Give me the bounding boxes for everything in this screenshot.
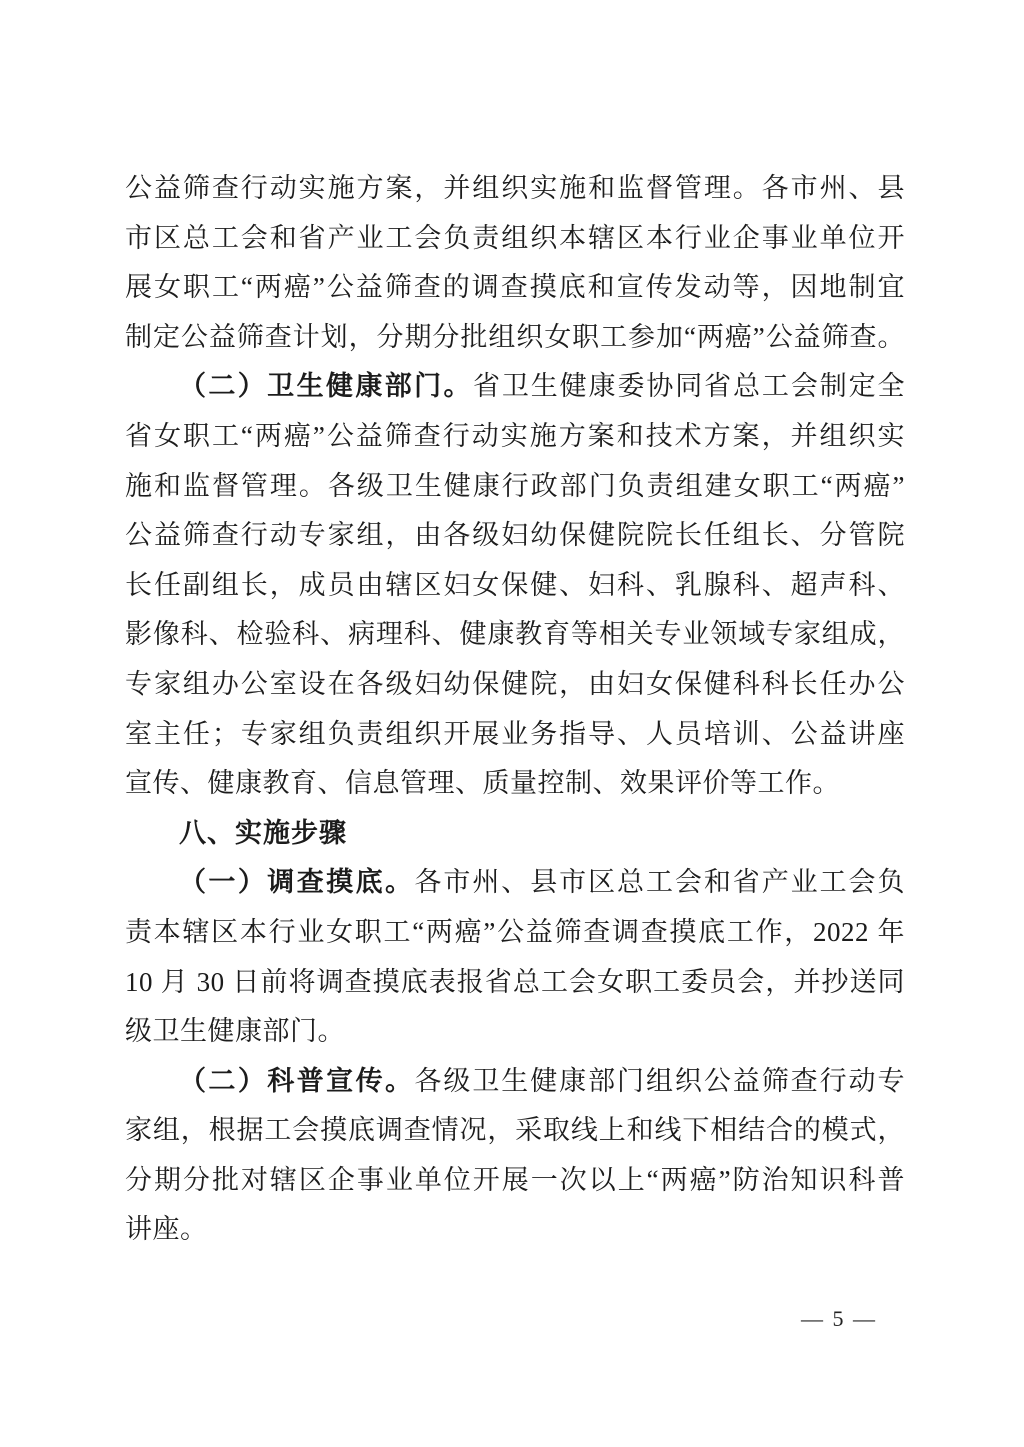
text-line: （一）调查摸底。各市州、县市区总工会和省产业工会负: [125, 858, 905, 908]
body-text: 省女职工“两癌”公益筛查行动实施方案和技术方案，并组织实: [125, 421, 905, 451]
heading-text: 八、实施步骤: [179, 818, 347, 848]
body-text: 级卫生健康部门。: [125, 1016, 345, 1046]
text-line: 级卫生健康部门。: [125, 1007, 905, 1057]
body-text: 省卫生健康委协同省总工会制定全: [473, 371, 905, 401]
document-body: 公益筛查行动实施方案，并组织实施和监督管理。各市州、县市区总工会和省产业工会负责…: [125, 164, 905, 1255]
text-line: 专家组办公室设在各级妇幼保健院，由妇女保健科科长任办公: [125, 660, 905, 710]
heading-text: （二）卫生健康部门。: [179, 371, 473, 401]
body-text: 影像科、检验科、病理科、健康教育等相关专业领域专家组成，: [125, 619, 905, 649]
body-text: 施和监督管理。各级卫生健康行政部门负责组建女职工“两癌”: [125, 471, 905, 501]
body-text: 室主任；专家组负责组织开展业务指导、人员培训、公益讲座: [125, 719, 905, 749]
body-text: 各市州、县市区总工会和省产业工会负: [415, 867, 906, 897]
body-text: 制定公益筛查计划，分期分批组织女职工参加“两癌”公益筛查。: [125, 322, 905, 352]
text-line: 八、实施步骤: [125, 809, 905, 859]
text-line: 10 月 30 日前将调查摸底表报省总工会女职工委员会，并抄送同: [125, 958, 905, 1008]
body-text: 公益筛查行动实施方案，并组织实施和监督管理。各市州、县: [125, 173, 905, 203]
text-line: 责本辖区本行业女职工“两癌”公益筛查调查摸底工作，2022 年: [125, 908, 905, 958]
body-text: 责本辖区本行业女职工“两癌”公益筛查调查摸底工作，2022 年: [125, 917, 905, 947]
text-line: 分期分批对辖区企事业单位开展一次以上“两癌”防治知识科普: [125, 1156, 905, 1206]
text-line: 公益筛查行动实施方案，并组织实施和监督管理。各市州、县: [125, 164, 905, 214]
text-line: （二）科普宣传。各级卫生健康部门组织公益筛查行动专: [125, 1057, 905, 1107]
heading-text: （二）科普宣传。: [179, 1066, 415, 1096]
body-text: 展女职工“两癌”公益筛查的调查摸底和宣传发动等，因地制宜: [125, 272, 905, 302]
text-line: 市区总工会和省产业工会负责组织本辖区本行业企事业单位开: [125, 214, 905, 264]
text-line: 省女职工“两癌”公益筛查行动实施方案和技术方案，并组织实: [125, 412, 905, 462]
body-text: 专家组办公室设在各级妇幼保健院，由妇女保健科科长任办公: [125, 669, 905, 699]
text-line: （二）卫生健康部门。省卫生健康委协同省总工会制定全: [125, 362, 905, 412]
text-line: 家组，根据工会摸底调查情况，采取线上和线下相结合的模式，: [125, 1106, 905, 1156]
body-text: 长任副组长，成员由辖区妇女保健、妇科、乳腺科、超声科、: [125, 570, 905, 600]
body-text: 10 月 30 日前将调查摸底表报省总工会女职工委员会，并抄送同: [125, 967, 905, 997]
text-line: 公益筛查行动专家组，由各级妇幼保健院院长任组长、分管院: [125, 511, 905, 561]
text-line: 展女职工“两癌”公益筛查的调查摸底和宣传发动等，因地制宜: [125, 263, 905, 313]
text-line: 施和监督管理。各级卫生健康行政部门负责组建女职工“两癌”: [125, 462, 905, 512]
body-text: 市区总工会和省产业工会负责组织本辖区本行业企事业单位开: [125, 223, 905, 253]
text-line: 影像科、检验科、病理科、健康教育等相关专业领域专家组成，: [125, 610, 905, 660]
document-page: 公益筛查行动实施方案，并组织实施和监督管理。各市州、县市区总工会和省产业工会负责…: [0, 0, 1024, 1447]
text-line: 宣传、健康教育、信息管理、质量控制、效果评价等工作。: [125, 759, 905, 809]
page-number: — 5 —: [801, 1305, 877, 1333]
heading-text: （一）调查摸底。: [179, 867, 415, 897]
text-line: 制定公益筛查计划，分期分批组织女职工参加“两癌”公益筛查。: [125, 313, 905, 363]
body-text: 公益筛查行动专家组，由各级妇幼保健院院长任组长、分管院: [125, 520, 905, 550]
body-text: 家组，根据工会摸底调查情况，采取线上和线下相结合的模式，: [125, 1115, 905, 1145]
body-text: 各级卫生健康部门组织公益筛查行动专: [415, 1066, 906, 1096]
body-text: 讲座。: [125, 1214, 208, 1244]
body-text: 宣传、健康教育、信息管理、质量控制、效果评价等工作。: [125, 768, 840, 798]
text-line: 室主任；专家组负责组织开展业务指导、人员培训、公益讲座: [125, 710, 905, 760]
body-text: 分期分批对辖区企事业单位开展一次以上“两癌”防治知识科普: [125, 1165, 905, 1195]
text-line: 长任副组长，成员由辖区妇女保健、妇科、乳腺科、超声科、: [125, 561, 905, 611]
text-line: 讲座。: [125, 1205, 905, 1255]
